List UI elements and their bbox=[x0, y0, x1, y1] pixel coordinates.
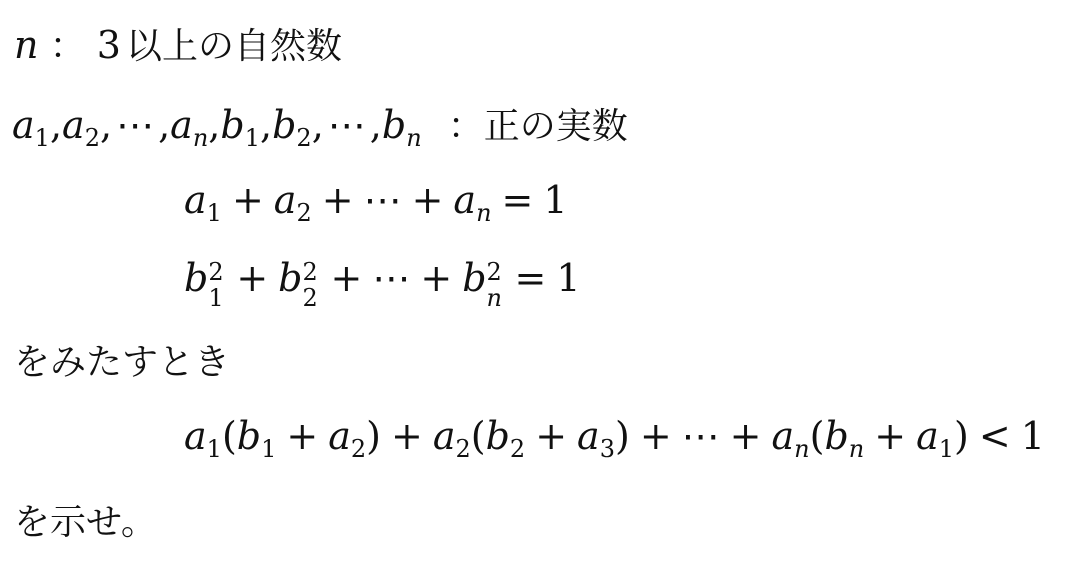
inequality: a1(b1+a2)+a2(b2+a3)+⋯+an(bn+a1)<1 bbox=[184, 414, 1045, 458]
sequence-ab: a1,a2,⋯,an,b1,b2,⋯,bn bbox=[12, 103, 434, 147]
variable-n: n bbox=[14, 23, 38, 67]
condition-sum-b-squared: b21+b22+⋯+b2n=1 bbox=[184, 256, 581, 300]
connector-text: をみたすとき bbox=[14, 334, 230, 385]
condition-sum-a: a1+a2+⋯+an=1 bbox=[184, 178, 568, 222]
definition-n-text: 以上の自然数 bbox=[126, 26, 342, 67]
definition-n: n ： 3 以上の自然数 bbox=[14, 18, 342, 69]
conclusion-text: を示せ。 bbox=[14, 494, 157, 545]
definition-ab: a1,a2,⋯,an,b1,b2,⋯,bn ：正の実数 bbox=[12, 98, 628, 149]
colon: ： bbox=[448, 106, 484, 147]
number-3: 3 bbox=[97, 23, 121, 67]
colon: ： bbox=[50, 26, 86, 67]
definition-ab-text: 正の実数 bbox=[484, 106, 628, 147]
